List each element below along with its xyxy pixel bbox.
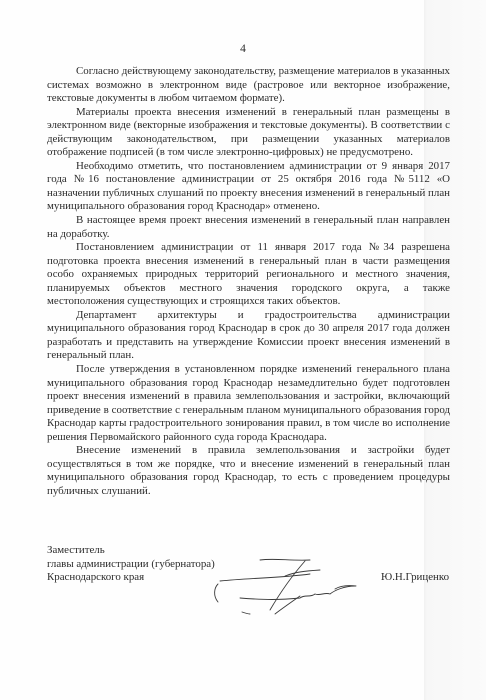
document-page: 4 Согласно действующему законодательству… [0, 0, 486, 700]
signatory-name: Ю.Н.Гриценко [381, 571, 449, 585]
paragraph-1: Согласно действующему законодательству, … [47, 65, 450, 106]
paragraph-8: Внесение изменений в правила землепользо… [47, 444, 450, 498]
signatory-title-line-1: Заместитель [47, 544, 450, 558]
paragraph-3: Необходимо отметить, что постановлением … [47, 160, 450, 214]
paragraph-5: Постановлением администрации от 11 январ… [47, 241, 450, 309]
page-number: 4 [0, 43, 486, 55]
paragraph-7: После утверждения в установленном порядк… [47, 363, 450, 444]
signature-block: Заместитель главы администрации (губерна… [47, 544, 450, 585]
document-body: Согласно действующему законодательству, … [47, 65, 450, 499]
signatory-title-line-2: главы администрации (губернатора) [47, 558, 450, 572]
paragraph-4: В настоящее время проект внесения измене… [47, 214, 450, 241]
paragraph-6: Департамент архитектуры и градостроитель… [47, 309, 450, 363]
paragraph-2: Материалы проекта внесения изменений в г… [47, 106, 450, 160]
